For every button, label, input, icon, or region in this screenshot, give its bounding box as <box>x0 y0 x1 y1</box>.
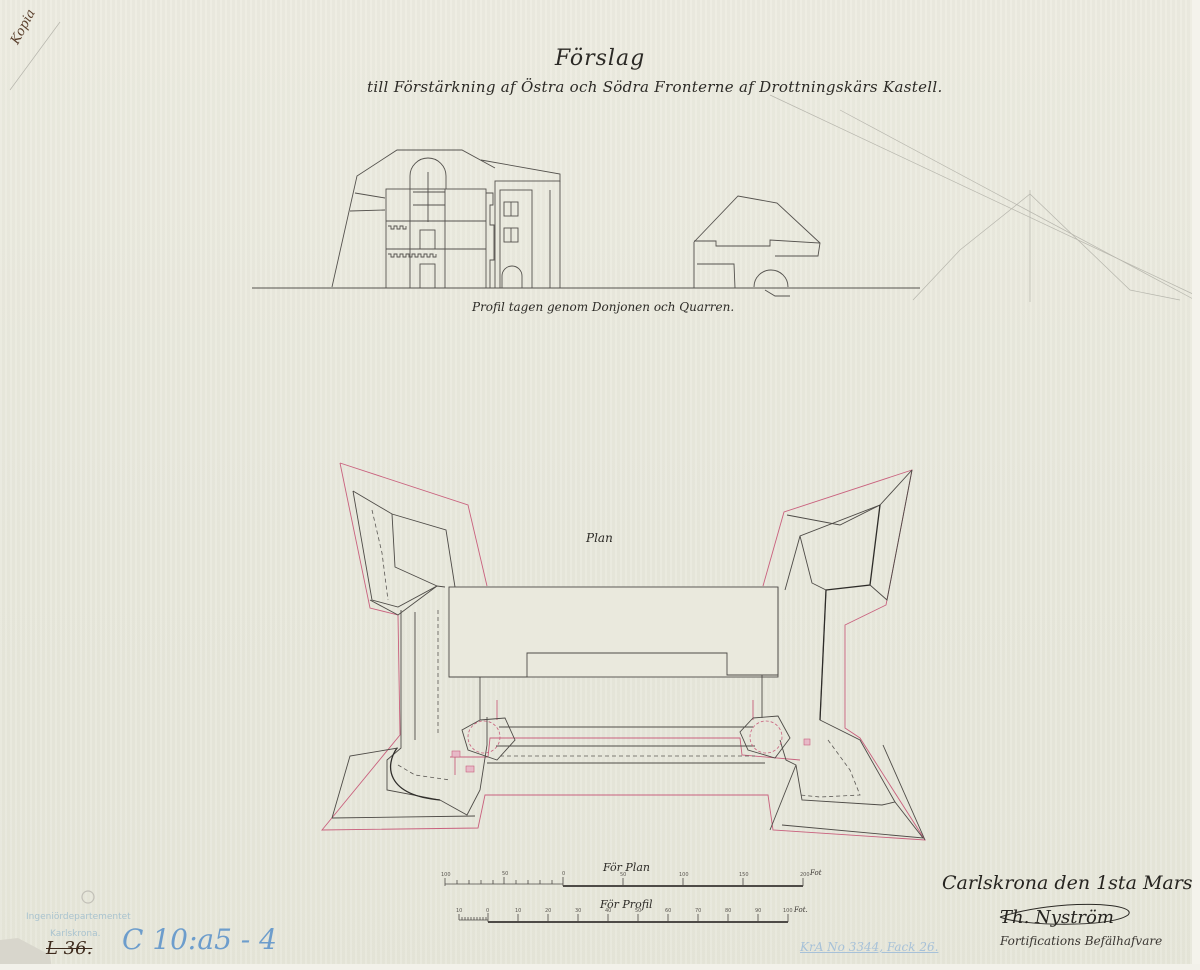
drawing-sheet: 100 50 0 50 100 150 200 Fot 10 0 10 20 3… <box>0 0 1200 970</box>
scale-plan-tick: 0 <box>562 871 565 877</box>
scale-profile-label: För Profil <box>600 898 653 911</box>
scale-profile-tick: 100 <box>783 908 793 914</box>
scale-profile-tick: 30 <box>575 908 581 914</box>
scale-profile-tick: 60 <box>665 908 671 914</box>
plan-label: Plan <box>586 531 613 545</box>
stamp-hole <box>82 891 94 903</box>
scale-profile-tick: 20 <box>545 908 551 914</box>
profile-caption: Profil tagen genom Donjonen och Quarren. <box>472 300 734 314</box>
place-date: Carlskrona den 1sta Mars 1870 <box>942 872 1200 894</box>
scale-profile-unit: Fot. <box>794 906 808 914</box>
signature-name: Th. Nyström <box>1000 907 1114 928</box>
signature-title: Fortifications Befälhafvare <box>1000 934 1162 948</box>
scale-profile-tick: 80 <box>725 908 731 914</box>
scale-profile-tick: 10 <box>456 908 462 914</box>
scale-plan-tick: 150 <box>739 872 749 878</box>
paper-edge-bottom <box>0 964 1200 970</box>
paper-edge-right <box>1192 0 1200 970</box>
archive-stamp-line-1: Ingeniördepartementet <box>26 912 131 922</box>
scale-plan-label: För Plan <box>603 861 650 874</box>
scale-plan-tick: 100 <box>679 872 689 878</box>
drawing-title: Förslag <box>0 46 1200 71</box>
scale-profile-tick: 10 <box>515 908 521 914</box>
scale-profile-tick: 70 <box>695 908 701 914</box>
scale-plan-tick: 50 <box>502 871 508 877</box>
drawing-subtitle: till Förstärkning af Östra och Södra Fro… <box>367 78 943 96</box>
shelf-mark: C 10:a5 - 4 <box>122 923 277 956</box>
scale-plan-unit: Fot <box>810 869 822 877</box>
archive-note: KrA No 3344, Fack 26. <box>800 940 938 954</box>
scale-plan-tick: 100 <box>441 872 451 878</box>
scale-profile-tick: 0 <box>486 908 489 914</box>
fortress-plan <box>322 463 925 840</box>
scale-profile-tick: 90 <box>755 908 761 914</box>
profile-elevation <box>252 150 920 296</box>
old-reference-number: L 36. <box>46 938 92 959</box>
scale-plan-tick: 200 <box>800 872 810 878</box>
drawing-linework <box>0 0 1200 970</box>
